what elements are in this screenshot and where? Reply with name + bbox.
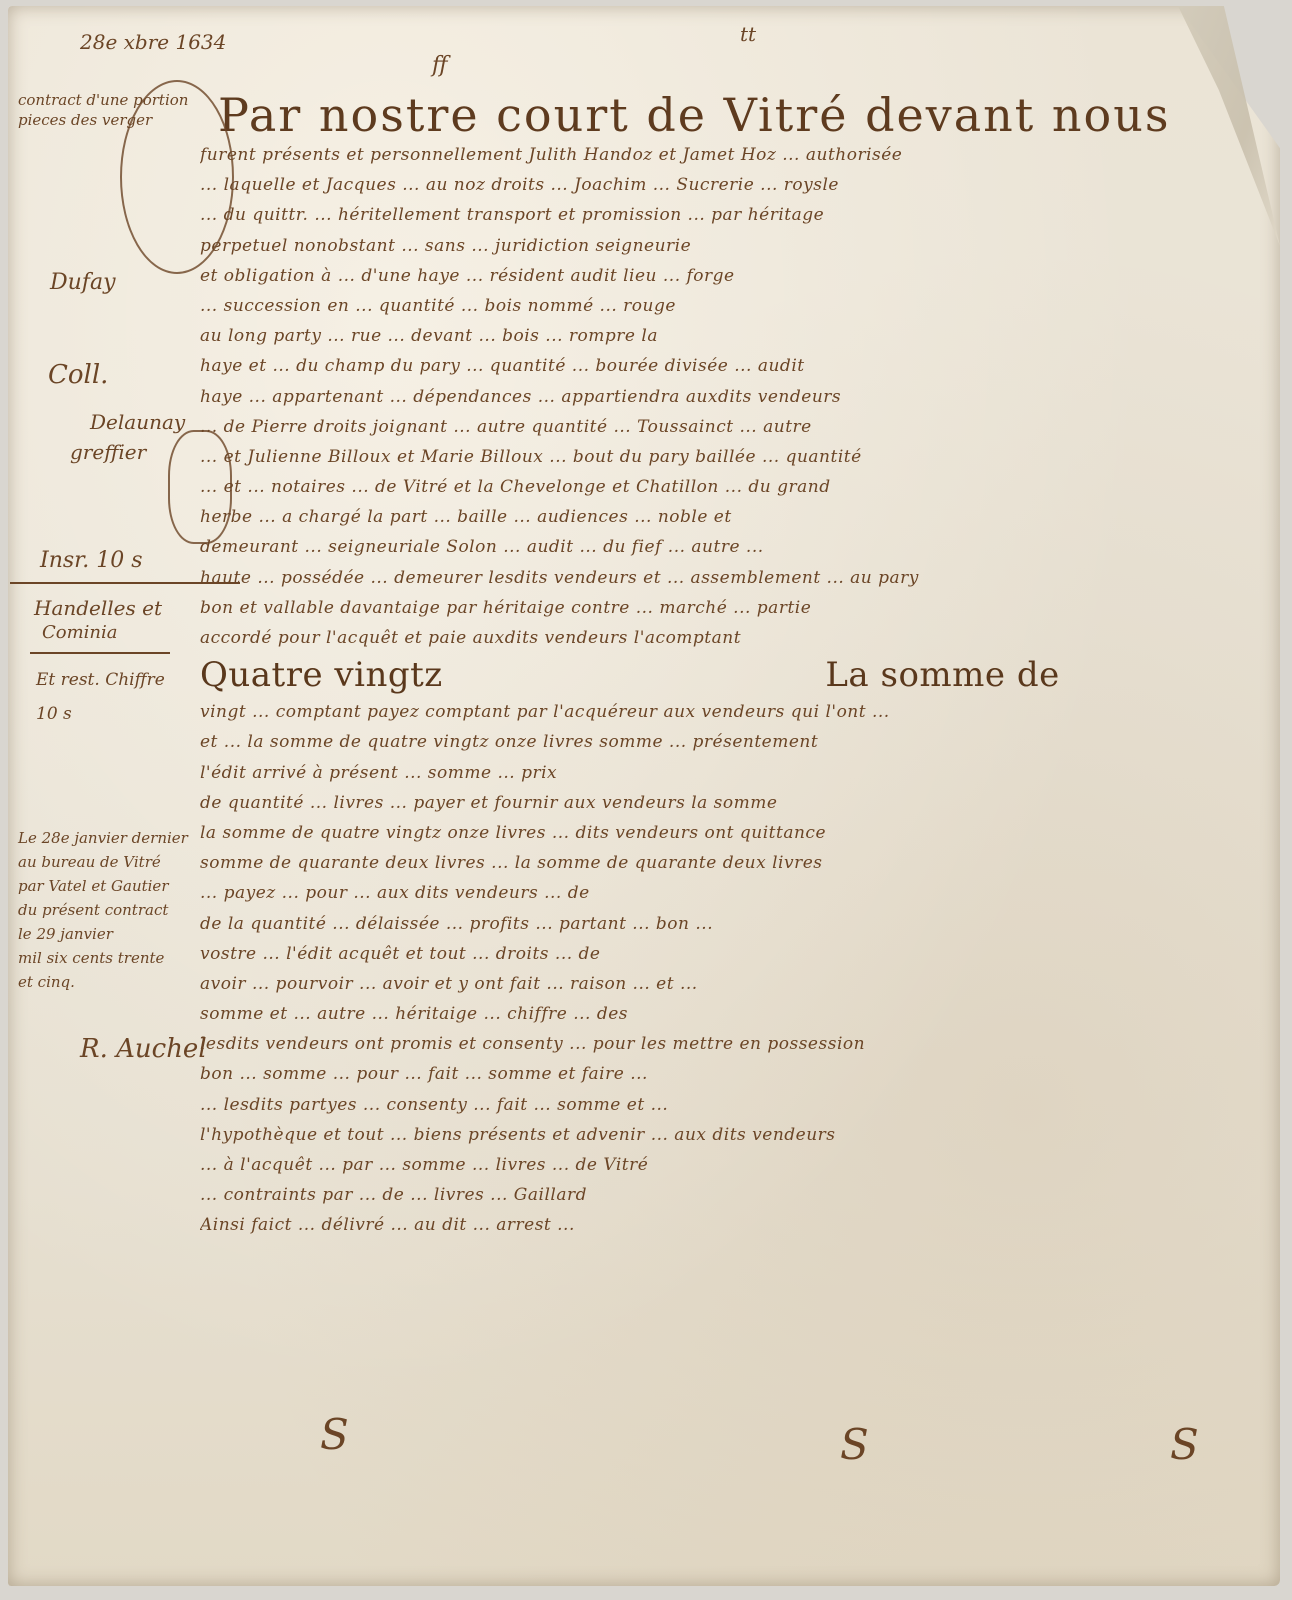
text-line: ... succession en ... quantité ... bois …: [200, 291, 1260, 321]
deed-body: furent présents et personnellement Julit…: [200, 140, 1260, 1241]
margin-note-line: du présent contract: [18, 898, 208, 922]
text-line: ... contraints par ... de ... livres ...…: [200, 1180, 1260, 1210]
text-line: demeurant ... seigneuriale Solon ... aud…: [200, 532, 1260, 562]
text-line: perpetuel nonobstant ... sans ... juridi…: [200, 231, 1260, 261]
fee-insr: Insr. 10 s: [40, 548, 143, 573]
text-line: vostre ... l'édit acquêt et tout ... dro…: [200, 939, 1260, 969]
signature-auchel: R. Auchel: [80, 1034, 207, 1064]
emphasis-quatre-vingtz: Quatre vingtz: [200, 655, 443, 695]
margin-note-lower: Le 28e janvier dernier au bureau de Vitr…: [18, 826, 208, 994]
text-line: la somme de quatre vingtz onze livres ..…: [200, 818, 1260, 848]
margin-note-line: par Vatel et Gautier: [18, 874, 208, 898]
text-line: ... et Julienne Billoux et Marie Billoux…: [200, 442, 1260, 472]
text-line: furent présents et personnellement Julit…: [200, 140, 1260, 170]
text-line: somme et ... autre ... héritaige ... chi…: [200, 999, 1260, 1029]
signature-greffier: greffier: [70, 440, 146, 464]
folio-mark-1: ff: [432, 56, 448, 76]
signature-dufay: Dufay: [50, 270, 116, 295]
margin-note-line: mil six cents trente: [18, 946, 208, 970]
text-line: bon et vallable davantaige par héritaige…: [200, 593, 1260, 623]
date-note: 28e xbre 1634: [80, 32, 226, 52]
text-line: haye ... appartenant ... dépendances ...…: [200, 382, 1260, 412]
divider-rule: [30, 652, 170, 654]
text-line: somme de quarante deux livres ... la som…: [200, 848, 1260, 878]
text-line: avoir ... pourvoir ... avoir et y ont fa…: [200, 969, 1260, 999]
paraph-3: S: [1170, 1420, 1199, 1469]
text-line: l'édit arrivé à présent ... somme ... pr…: [200, 758, 1260, 788]
margin-note-line: au bureau de Vitré: [18, 850, 208, 874]
fee-handelles: Handelles et: [34, 596, 162, 620]
emphasized-line: Quatre vingtz La somme de: [200, 653, 1260, 697]
margin-note-line: Le 28e janvier dernier: [18, 826, 208, 850]
folio-mark-2: tt: [740, 24, 756, 44]
margin-note-line: le 29 janvier: [18, 922, 208, 946]
text-line: ... à l'acquêt ... par ... somme ... liv…: [200, 1150, 1260, 1180]
paraph-2: S: [840, 1420, 869, 1469]
text-line: et obligation à ... d'une haye ... résid…: [200, 261, 1260, 291]
text-line: haute ... possédée ... demeurer lesdits …: [200, 563, 1260, 593]
emphasis-la-somme: La somme de: [825, 655, 1059, 695]
text-line: au long party ... rue ... devant ... boi…: [200, 321, 1260, 351]
fee-cominia: Cominia: [42, 622, 118, 643]
text-line: ... du quittr. ... héritellement transpo…: [200, 200, 1260, 230]
signature-coll: Coll.: [48, 360, 108, 390]
text-line: bon ... somme ... pour ... fait ... somm…: [200, 1059, 1260, 1089]
paraph-1: S: [320, 1410, 349, 1459]
text-line: ... et ... notaires ... de Vitré et la C…: [200, 472, 1260, 502]
signature-delaunay: Delaunay: [90, 410, 185, 434]
text-line: de la quantité ... délaissée ... profits…: [200, 909, 1260, 939]
text-line: vingt ... comptant payez comptant par l'…: [200, 697, 1260, 727]
text-line: haye et ... du champ du pary ... quantit…: [200, 351, 1260, 381]
document-title: Par nostre court de Vitré devant nous: [218, 88, 1170, 142]
margin-note-line: et cinq.: [18, 970, 208, 994]
text-line: lesdits vendeurs ont promis et consenty …: [200, 1029, 1260, 1059]
text-line: et ... la somme de quatre vingtz onze li…: [200, 727, 1260, 757]
note-rest: Et rest. Chiffre: [36, 670, 165, 690]
text-line: de quantité ... livres ... payer et four…: [200, 788, 1260, 818]
text-line: ... lesdits partyes ... consenty ... fai…: [200, 1090, 1260, 1120]
text-line: ... payez ... pour ... aux dits vendeurs…: [200, 878, 1260, 908]
text-line: ... de Pierre droits joignant ... autre …: [200, 412, 1260, 442]
note-amount: 10 s: [36, 704, 72, 724]
text-line: herbe ... a chargé la part ... baille ..…: [200, 502, 1260, 532]
text-line: Ainsi faict ... délivré ... au dit ... a…: [200, 1210, 1260, 1240]
text-line: ... laquelle et Jacques ... au noz droit…: [200, 170, 1260, 200]
text-line: l'hypothèque et tout ... biens présents …: [200, 1120, 1260, 1150]
text-line: accordé pour l'acquêt et paie auxdits ve…: [200, 623, 1260, 653]
